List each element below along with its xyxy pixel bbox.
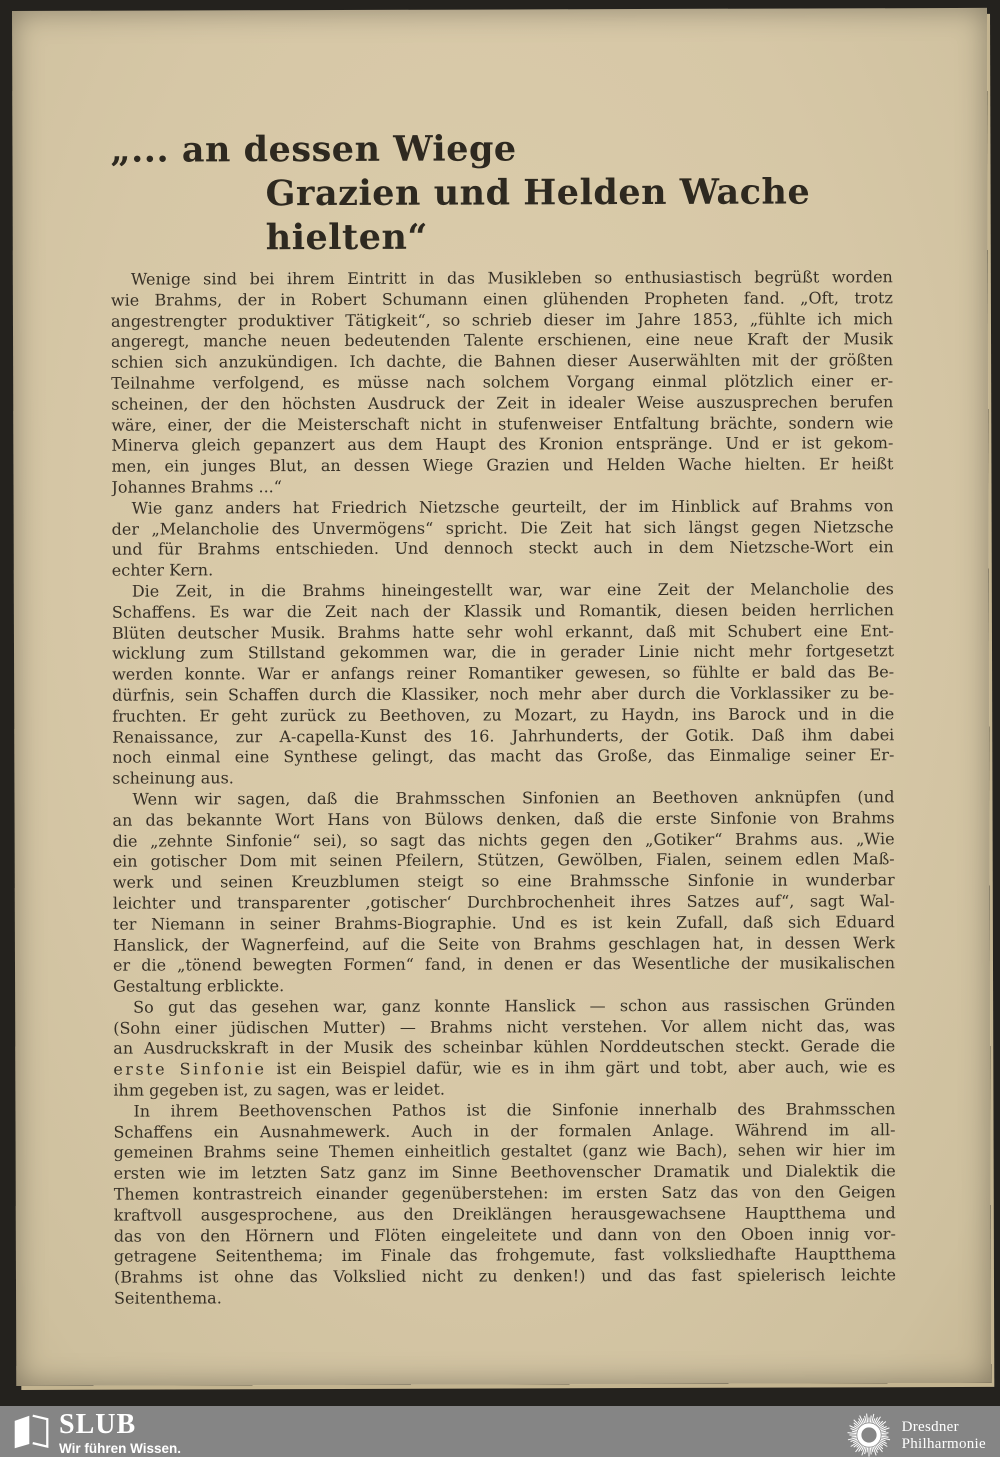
text-line: Wenn wir sagen, daß die Brahmsschen Sinf…	[112, 787, 894, 810]
text-line: echter Kern.	[112, 558, 894, 581]
text-line: fruchten. Er geht zurück zu Beethoven, z…	[112, 704, 894, 727]
slub-tagline: Wir führen Wissen.	[59, 1441, 181, 1456]
text-line: gemeinen Brahms seine Themen einheitlich…	[114, 1141, 896, 1164]
text-line: das von den Hörnern und Flöten eingeleit…	[114, 1224, 896, 1247]
text-line: Johannes Brahms ...“	[111, 475, 893, 498]
text-line: scheinen, der den höchsten Ausdruck der …	[111, 392, 893, 415]
title-line-2: Grazien und Helden Wache hielten“	[266, 170, 893, 260]
text-line: ersten wie im letzten Satz ganz im Sinne…	[114, 1161, 896, 1184]
text-line: Wenige sind bei ihrem Eintritt in das Mu…	[111, 267, 893, 290]
document-title: „... an dessen Wiege Grazien und Helden …	[110, 126, 892, 260]
paragraph: Wenn wir sagen, daß die Brahmsschen Sinf…	[112, 787, 895, 997]
text-line: (Brahms ist ohne das Volkslied nicht zu …	[114, 1265, 896, 1288]
slub-book-icon	[13, 1413, 49, 1451]
text-line: Teilnahme verfolgend, es müsse nach solc…	[111, 371, 893, 394]
text-line: angeregt, manche neuen bedeutenden Talen…	[111, 330, 893, 353]
slub-wordmark: SLUB	[59, 1410, 181, 1440]
text-line: Wie ganz anders hat Friedrich Nietzsche …	[112, 496, 894, 519]
philharmonie-name-line2: Philharmonie	[902, 1436, 986, 1453]
text-line: werk und seinen Kreuzblumen steigt so ei…	[113, 870, 895, 893]
body-paragraphs: Wenige sind bei ihrem Eintritt in das Mu…	[111, 267, 896, 1309]
text-line: der „Melancholie des Unvermögens“ sprich…	[112, 517, 894, 540]
text-line: dürfnis, sein Schaffen durch die Klassik…	[112, 683, 894, 706]
slub-text: SLUB Wir führen Wissen.	[59, 1410, 181, 1457]
paragraph: Wenige sind bei ihrem Eintritt in das Mu…	[111, 267, 894, 498]
paragraph: So gut das gesehen war, ganz konnte Hans…	[113, 995, 895, 1101]
text-line: Schaffens ein Ausnahmewerk. Auch in der …	[113, 1120, 895, 1143]
text-line: wie Brahms, der in Robert Schumann einen…	[111, 288, 893, 311]
page-content: „... an dessen Wiege Grazien und Helden …	[110, 8, 896, 1309]
text-line: scheinung aus.	[112, 766, 894, 789]
text-line: angestrengter produktiver Tätigkeit“, so…	[111, 309, 893, 332]
text-line: und für Brahms entschieden. Und dennoch …	[112, 538, 894, 561]
text-line: Hanslick, der Wagnerfeind, auf die Seite…	[113, 933, 895, 956]
text-line: Minerva gleich gepanzert aus dem Haupt d…	[111, 434, 893, 457]
text-line: noch einmal eine Synthese gelingt, das m…	[112, 746, 894, 769]
text-line: Schaffens. Es war die Zeit nach der Klas…	[112, 600, 894, 623]
text-line: wäre, einer, der die Meisterschaft nicht…	[111, 413, 893, 436]
viewer-footer: SLUB Wir führen Wissen. Dresdner Philhar…	[0, 1406, 1000, 1457]
philharmonie-logo: Dresdner Philharmonie	[845, 1406, 1000, 1457]
text-line: Renaissance, zur A-capella-Kunst des 16.…	[112, 725, 894, 748]
text-line: men, ein junges Blut, an dessen Wiege Gr…	[111, 454, 893, 477]
philharmonie-starburst-icon	[845, 1411, 893, 1457]
text-line: Die Zeit, in die Brahms hineingestellt w…	[112, 579, 894, 602]
text-line: Blüten deutscher Musik. Brahms hatte seh…	[112, 621, 894, 644]
text-line: Themen kontrastreich einander gegenübers…	[114, 1182, 896, 1205]
slub-logo: SLUB Wir führen Wissen.	[0, 1406, 181, 1457]
text-line: leichter und transparenter ‚gotischer‘ D…	[113, 891, 895, 914]
text-line: an Ausdruckskraft in der Musik des schei…	[113, 1037, 895, 1060]
text-line: (Sohn einer jüdischen Mutter) — Brahms n…	[113, 1016, 895, 1039]
text-line: die „zehnte Sinfonie“ sei), so sagt das …	[113, 829, 895, 852]
text-line: getragene Seitenthema; im Finale das fro…	[114, 1245, 896, 1268]
text-line: Seitenthema.	[114, 1286, 896, 1309]
text-line: wicklung zum Stillstand gekommen war, di…	[112, 642, 894, 665]
text-line: ein gotischer Dom mit seinen Pfeilern, S…	[113, 850, 895, 873]
title-line-1: „... an dessen Wiege	[110, 126, 892, 172]
scan-viewport: „... an dessen Wiege Grazien und Helden …	[0, 0, 1000, 1457]
text-line: In ihrem Beethovenschen Pathos ist die S…	[113, 1099, 895, 1122]
paragraph: Die Zeit, in die Brahms hineingestellt w…	[112, 579, 895, 789]
text-line: werden konnte. War er anfangs reiner Rom…	[112, 662, 894, 685]
text-line: ter Niemann in seiner Brahms-Biographie.…	[113, 912, 895, 935]
scanned-page: „... an dessen Wiege Grazien und Helden …	[12, 8, 991, 1386]
philharmonie-name: Dresdner Philharmonie	[902, 1419, 986, 1452]
text-line: kraftvoll ausgesprochene, aus den Dreikl…	[114, 1203, 896, 1226]
paragraph: Wie ganz anders hat Friedrich Nietzsche …	[112, 496, 894, 582]
text-line: So gut das gesehen war, ganz konnte Hans…	[113, 995, 895, 1018]
text-line: ihm gegeben ist, zu sagen, was er leidet…	[113, 1078, 895, 1101]
text-line: er die „tönend bewegten Formen“ fand, in…	[113, 954, 895, 977]
philharmonie-name-line1: Dresdner	[902, 1419, 986, 1436]
text-line: schien sich anzukündigen. Ich dachte, di…	[111, 350, 893, 373]
paragraph: In ihrem Beethovenschen Pathos ist die S…	[113, 1099, 896, 1309]
text-line: Gestaltung erblickte.	[113, 974, 895, 997]
text-line: an das bekannte Wort Hans von Bülows den…	[113, 808, 895, 831]
text-line: erste Sinfonie ist ein Beispiel dafür, w…	[113, 1058, 895, 1081]
